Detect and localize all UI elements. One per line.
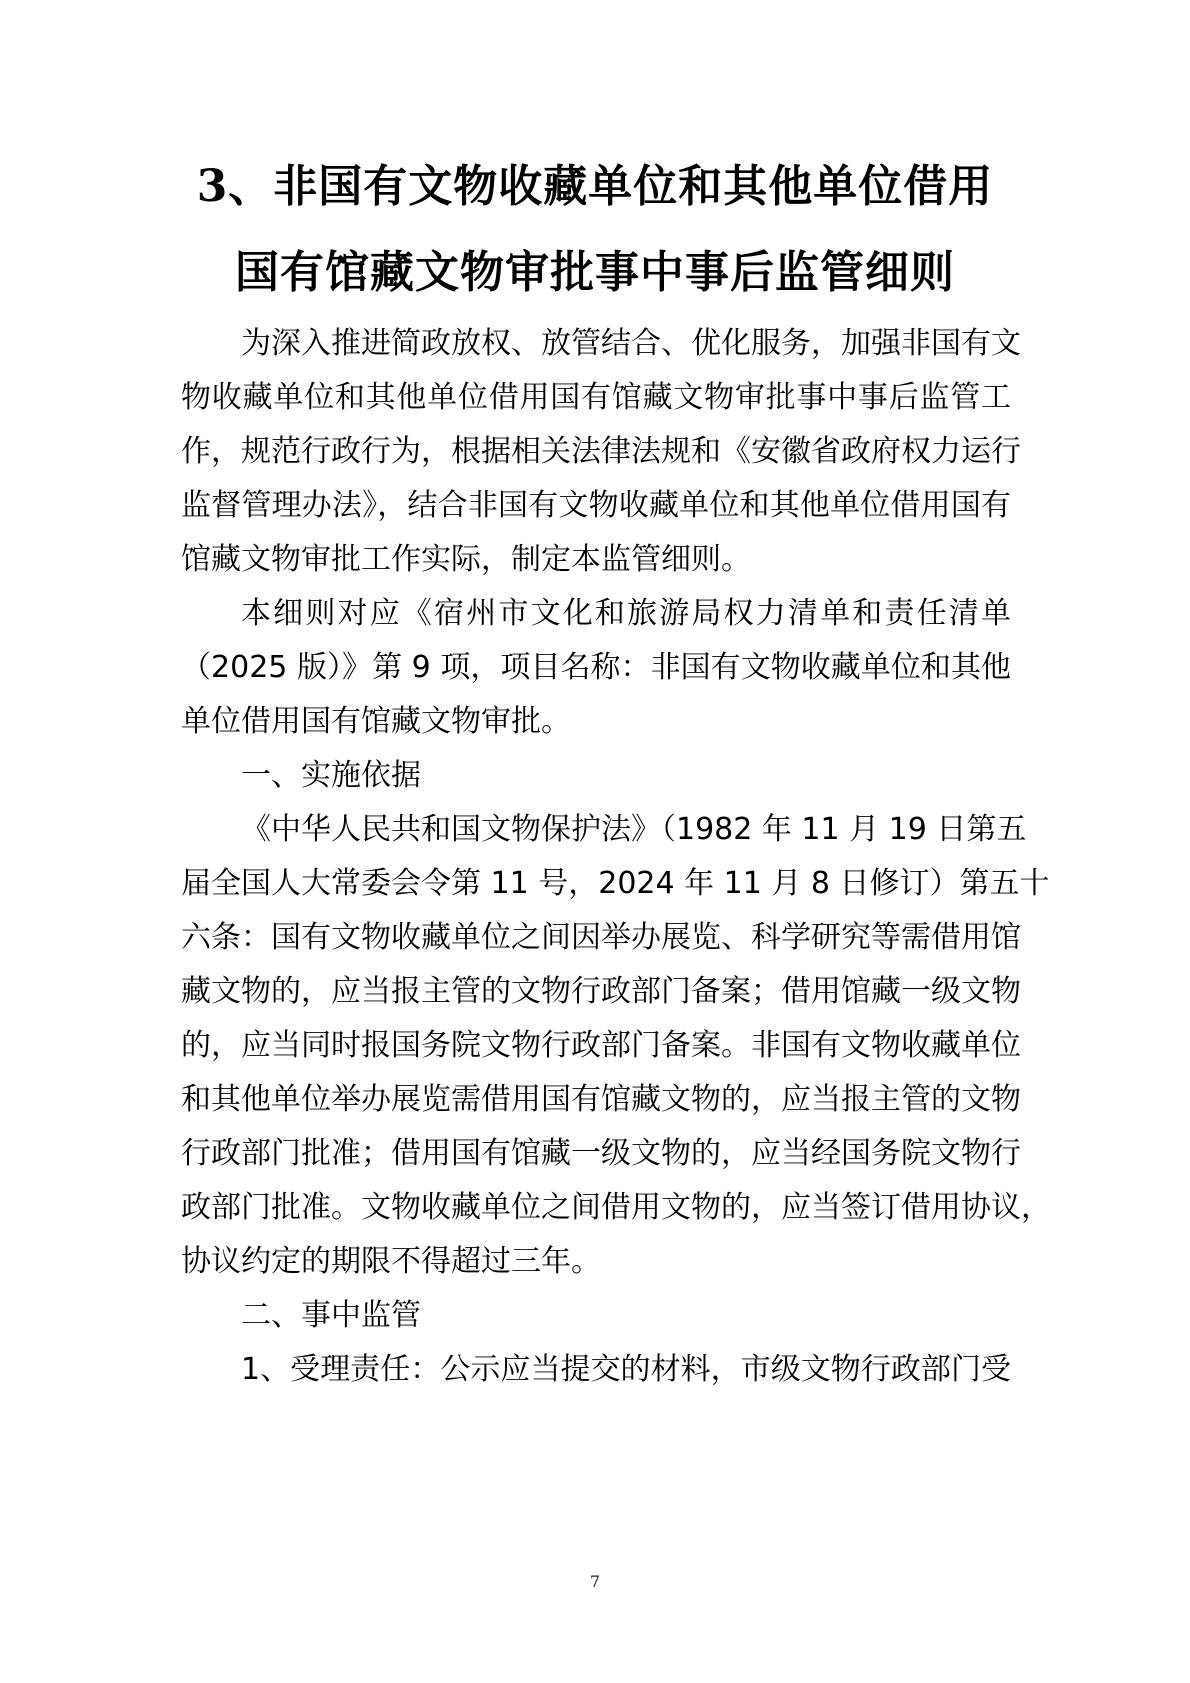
paragraph-line: 藏文物的，应当报主管的文物行政部门备案；借用馆藏一级文物 <box>181 972 1011 1012</box>
paragraph-line: 1、受理责任：公示应当提交的材料，市级文物行政部门受 <box>241 1350 1011 1390</box>
paragraph-line: 六条：国有文物收藏单位之间因举办展览、科学研究等需借用馆 <box>181 918 1011 958</box>
paragraph-line: 行政部门批准；借用国有馆藏一级文物的，应当经国务院文物行 <box>181 1134 1011 1174</box>
page-number: 7 <box>0 1572 1190 1591</box>
document-page: 3、非国有文物收藏单位和其他单位借用 国有馆藏文物审批事中事后监管细则 为深入推… <box>0 0 1190 1683</box>
paragraph-line: 政部门批准。文物收藏单位之间借用文物的，应当签订借用协议， <box>181 1188 1011 1228</box>
paragraph-line: 的，应当同时报国务院文物行政部门备案。非国有文物收藏单位 <box>181 1026 1011 1066</box>
paragraph-line: （2025 版）》第 9 项，项目名称：非国有文物收藏单位和其他 <box>181 648 1011 688</box>
paragraph-line: 作，规范行政行为，根据相关法律法规和《安徽省政府权力运行 <box>181 432 1011 472</box>
document-title-line-2: 国有馆藏文物审批事中事后监管细则 <box>0 236 1190 300</box>
paragraph-line: 本细则对应《宿州市文化和旅游局权力清单和责任清单 <box>241 594 1011 634</box>
section-heading-in-process-supervision: 二、事中监管 <box>241 1296 1011 1336</box>
section-heading-implementation-basis: 一、实施依据 <box>241 756 1011 796</box>
paragraph-line: 馆藏文物审批工作实际，制定本监管细则。 <box>181 540 1011 580</box>
document-title-line-1: 3、非国有文物收藏单位和其他单位借用 <box>0 150 1190 214</box>
paragraph-line: 监督管理办法》，结合非国有文物收藏单位和其他单位借用国有 <box>181 486 1011 526</box>
paragraph-line: 协议约定的期限不得超过三年。 <box>181 1242 1011 1282</box>
paragraph-line: 为深入推进简政放权、放管结合、优化服务，加强非国有文 <box>241 324 1011 364</box>
paragraph-line: 《中华人民共和国文物保护法》（1982 年 11 月 19 日第五 <box>241 810 1011 850</box>
paragraph-line: 单位借用国有馆藏文物审批。 <box>181 702 1011 742</box>
paragraph-line: 物收藏单位和其他单位借用国有馆藏文物审批事中事后监管工 <box>181 378 1011 418</box>
paragraph-line: 和其他单位举办展览需借用国有馆藏文物的，应当报主管的文物 <box>181 1080 1011 1120</box>
paragraph-line: 届全国人大常委会令第 11 号，2024 年 11 月 8 日修订）第五十 <box>181 864 1011 904</box>
